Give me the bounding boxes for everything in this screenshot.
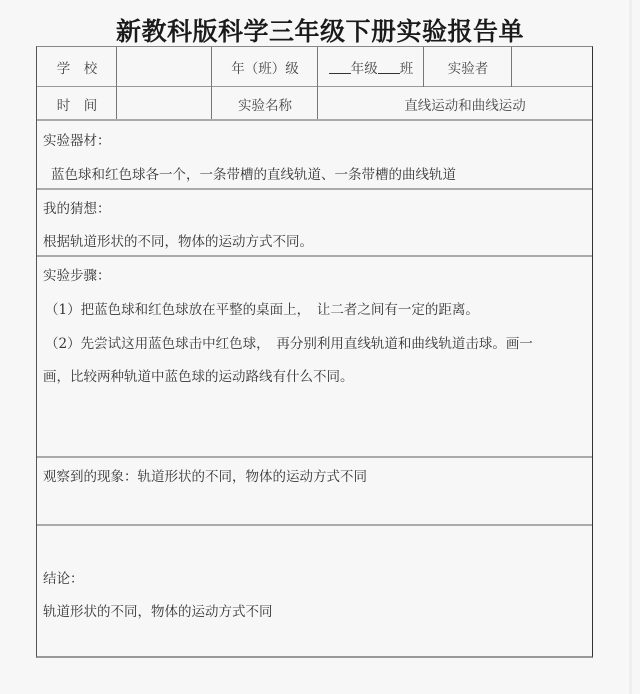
materials-label: 实验器材：: [43, 129, 111, 149]
page-edge: [629, 0, 632, 694]
divider: [37, 524, 592, 526]
materials-text: 蓝色球和红色球各一个，一条带槽的直线轨道、一条带槽的曲线轨道: [51, 163, 456, 183]
school-field[interactable]: [117, 47, 212, 87]
divider: [37, 188, 592, 190]
steps-label: 实验步骤：: [43, 264, 111, 284]
conclusion-text: 轨道形状的不同，物体的运动方式不同: [43, 600, 273, 620]
time-label: 时 间: [37, 87, 117, 120]
step-line-2: （2）先尝试这用蓝色球击中红色球， 再分别利用直线轨道和曲线轨道击球。画一: [45, 332, 533, 352]
school-label: 学 校: [37, 47, 117, 87]
divider: [37, 119, 592, 121]
divider: [37, 255, 592, 257]
step-line-3: 画，比较两种轨道中蓝色球的运动路线有什么不同。: [43, 365, 354, 385]
time-field[interactable]: [117, 87, 212, 120]
divider: [37, 456, 592, 458]
experiment-name-label: 实验名称: [212, 87, 318, 120]
hypothesis-text: 根据轨道形状的不同，物体的运动方式不同。: [43, 230, 313, 250]
divider: [211, 47, 212, 120]
conclusion-label: 结论：: [43, 567, 84, 587]
class-blank[interactable]: [378, 61, 400, 74]
report-sheet: 学 校 年（班）级 年级班 实验者 时 间 实验名称 直线运动和曲线运动 实验器…: [36, 46, 593, 658]
class-text: 班: [400, 57, 414, 77]
divider: [116, 47, 117, 120]
divider: [423, 47, 424, 87]
divider: [317, 47, 318, 120]
experimenter-label: 实验者: [424, 47, 512, 87]
observation-text: 观察到的现象：轨道形状的不同，物体的运动方式不同: [43, 465, 367, 485]
experiment-name-value: 直线运动和曲线运动: [318, 87, 592, 120]
experimenter-field[interactable]: [512, 47, 592, 87]
step-line-1: （1）把蓝色球和红色球放在平整的桌面上， 让二者之间有一定的距离。: [45, 298, 479, 318]
grade-blank[interactable]: [329, 61, 351, 74]
report-title: 新教科版科学三年级下册实验报告单: [0, 12, 640, 48]
grade-text: 年级: [351, 57, 378, 77]
hypothesis-label: 我的猜想：: [43, 197, 111, 217]
divider: [511, 47, 512, 87]
grade-class-label: 年（班）级: [212, 47, 318, 87]
grade-class-field[interactable]: 年级班: [318, 47, 424, 87]
